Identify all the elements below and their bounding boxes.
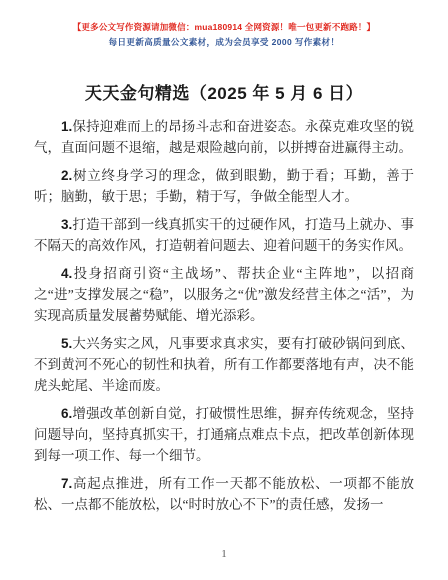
paragraph-1: 1.保持迎难而上的昂扬斗志和奋进姿态。永葆克难攻坚的锐气，直面问题不退缩，越是艰…	[34, 116, 414, 158]
document-body: 1.保持迎难而上的昂扬斗志和奋进姿态。永葆克难攻坚的锐气，直面问题不退缩，越是艰…	[34, 116, 414, 515]
promo-line-blue: 每日更新高质量公文素材，成为会员享受 2000 写作素材！	[0, 36, 448, 49]
paragraph-2: 2.树立终身学习的理念，做到眼勤，勤于看；耳勤，善于听；脑勤，敏于思；手勤，精于…	[34, 165, 414, 207]
document-title: 天天金句精选（2025 年 5 月 6 日）	[34, 79, 414, 104]
paragraph-1-number: 1.	[61, 119, 72, 134]
paragraph-3-text: 打造干部到一线真抓实干的过硬作风，打造马上就办、事不隔天的高效作风，打造朝着问题…	[34, 217, 414, 253]
promo-line-red: 【更多公文写作资源请加微信：mua180914 全网资源！唯一包更新不跑路！】	[0, 21, 448, 34]
paragraph-7-number: 7.	[61, 476, 72, 491]
paragraph-2-text: 树立终身学习的理念，做到眼勤，勤于看；耳勤，善于听；脑勤，敏于思；手勤，精于写，…	[34, 168, 414, 204]
paragraph-6-text: 增强改革创新自觉，打破惯性思维，摒弃传统观念，坚持问题导向，坚持真抓实干，打通痛…	[34, 406, 414, 463]
paragraph-4-text: 投身招商引资“主战场”、帮扶企业“主阵地”，以招商之“进”支撑发展之“稳”，以服…	[34, 266, 414, 323]
paragraph-2-number: 2.	[61, 168, 72, 183]
paragraph-6-number: 6.	[61, 406, 72, 421]
paragraph-4: 4.投身招商引资“主战场”、帮扶企业“主阵地”，以招商之“进”支撑发展之“稳”，…	[34, 263, 414, 326]
paragraph-7: 7.高起点推进，所有工作一天都不能放松、一项都不能放松、一点都不能放松，以“时时…	[34, 473, 414, 515]
paragraph-5-number: 5.	[61, 336, 72, 351]
promo-header: 【更多公文写作资源请加微信：mua180914 全网资源！唯一包更新不跑路！】 …	[0, 0, 448, 49]
paragraph-6: 6.增强改革创新自觉，打破惯性思维，摒弃传统观念，坚持问题导向，坚持真抓实干，打…	[34, 403, 414, 466]
paragraph-4-number: 4.	[61, 266, 72, 281]
page-number: 1	[0, 548, 448, 560]
document-page: 【更多公文写作资源请加微信：mua180914 全网资源！唯一包更新不跑路！】 …	[0, 0, 448, 580]
paragraph-5: 5.大兴务实之风，凡事要求真求实，要有打破砂锅问到底、不到黄河不死心的韧性和执着…	[34, 333, 414, 396]
paragraph-1-text: 保持迎难而上的昂扬斗志和奋进姿态。永葆克难攻坚的锐气，直面问题不退缩，越是艰险越…	[34, 119, 414, 155]
paragraph-7-text: 高起点推进，所有工作一天都不能放松、一项都不能放松、一点都不能放松，以“时时放心…	[34, 476, 414, 512]
paragraph-3-number: 3.	[61, 217, 72, 232]
paragraph-5-text: 大兴务实之风，凡事要求真求实，要有打破砂锅问到底、不到黄河不死心的韧性和执着，所…	[34, 336, 414, 393]
paragraph-3: 3.打造干部到一线真抓实干的过硬作风，打造马上就办、事不隔天的高效作风，打造朝着…	[34, 214, 414, 256]
